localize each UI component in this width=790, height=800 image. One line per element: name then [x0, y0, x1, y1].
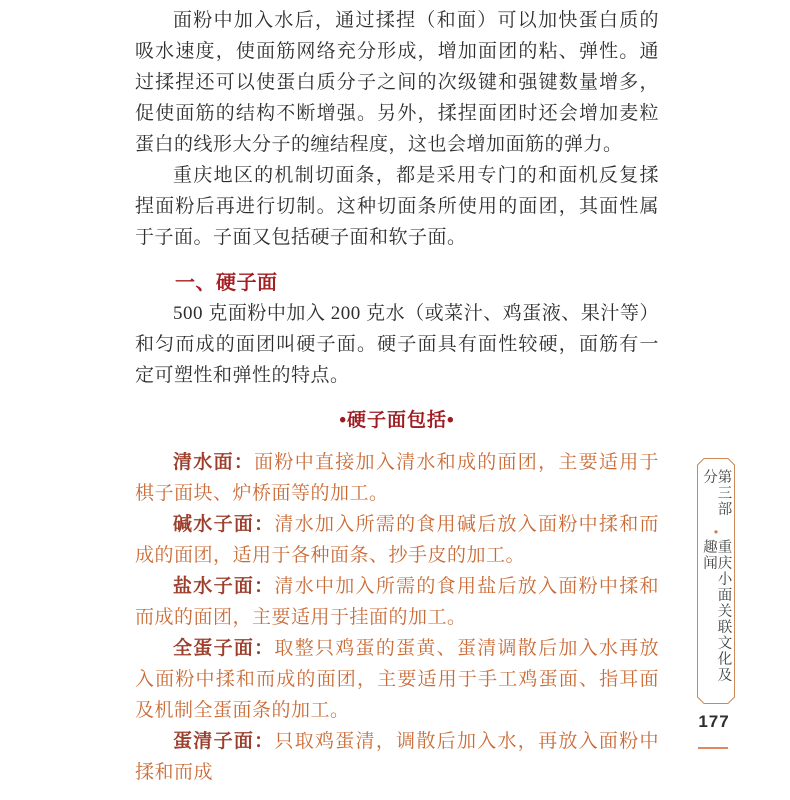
chapter-title: 重庆小面关联文化及趣闻	[702, 539, 731, 693]
separator-dot-icon: •	[710, 525, 722, 539]
list-item: 清水面：面粉中直接加入清水和成的面团，主要适用于棋子面块、炉桥面等的加工。	[135, 447, 659, 509]
chapter-part-label: 第三部分	[702, 469, 731, 525]
dough-type-list: 清水面：面粉中直接加入清水和成的面团，主要适用于棋子面块、炉桥面等的加工。 碱水…	[135, 447, 659, 788]
item-label: 清水面：	[173, 452, 254, 473]
text-column: 面粉中加入水后，通过揉捏（和面）可以加快蛋白质的吸水速度，使面筋网络充分形成，增…	[135, 0, 659, 788]
paragraph-machine-noodles: 重庆地区的机制切面条，都是采用专门的和面机反复揉捏面粉后再进行切制。这种切面条所…	[135, 160, 659, 253]
item-label: 碱水子面：	[173, 514, 274, 535]
page-number: 177	[692, 712, 736, 732]
item-label: 盐水子面：	[173, 576, 274, 597]
item-label: 蛋清子面：	[173, 731, 274, 752]
paragraph-hard-dough: 500 克面粉中加入 200 克水（或菜汁、鸡蛋液、果汁等）和匀而成的面团叫硬子…	[135, 298, 659, 391]
footer-rule	[698, 747, 728, 749]
list-item: 盐水子面：清水中加入所需的食用盐后放入面粉中揉和而成的面团，主要适用于挂面的加工…	[135, 571, 659, 633]
book-page: 面粉中加入水后，通过揉捏（和面）可以加快蛋白质的吸水速度，使面筋网络充分形成，增…	[0, 0, 790, 800]
list-item: 蛋清子面：只取鸡蛋清，调散后加入水，再放入面粉中揉和而成	[135, 726, 659, 788]
section-heading: 一、硬子面	[135, 268, 659, 298]
chapter-tab-text: 第三部分 • 重庆小面关联文化及趣闻	[697, 458, 735, 704]
subsection-heading: •硬子面包括•	[135, 408, 659, 434]
list-item: 全蛋子面：取整只鸡蛋的蛋黄、蛋清调散后加入水再放入面粉中揉和而成的面团，主要适用…	[135, 633, 659, 726]
list-item: 碱水子面：清水加入所需的食用碱后放入面粉中揉和而成的面团，适用于各种面条、抄手皮…	[135, 509, 659, 571]
paragraph-kneading: 面粉中加入水后，通过揉捏（和面）可以加快蛋白质的吸水速度，使面筋网络充分形成，增…	[135, 0, 659, 160]
item-label: 全蛋子面：	[173, 638, 274, 659]
chapter-tab: 第三部分 • 重庆小面关联文化及趣闻	[697, 458, 735, 704]
